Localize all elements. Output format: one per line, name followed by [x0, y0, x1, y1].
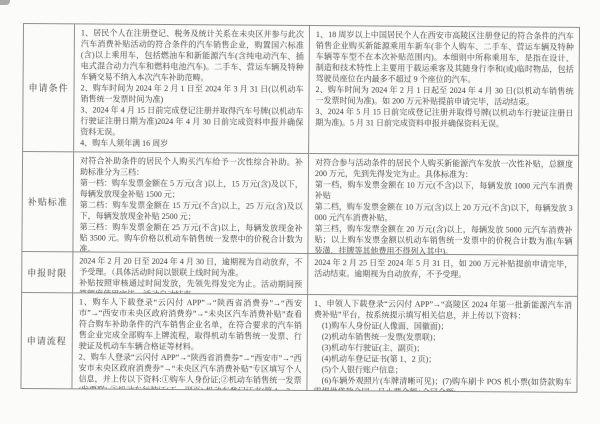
process-weiyang-cell: 1、购车人下载登录“云闪付 APP”→“陕西省消费券”→“西安市”→“西安市未央… [72, 293, 308, 391]
subsidy-policy-table: 申请条件 1、居民个人在注册登记、税务及统计关系在未央区并参与此次汽车消费补贴活… [20, 23, 580, 393]
deadline-weiyang-cell: 2024 年 2 月 20 日至 2024 年 4 月 30 日，逾期视为自动放… [73, 252, 308, 295]
standard-gaoling-cell: 对符合参与活动条件的居民个人购买新能源汽车发放一次性补贴，总额度 200 万元，… [308, 154, 579, 256]
deadline-gaoling-cell: 2024 年 2 月 25 日至 2024 年 5 月 31 日，如 200 万… [308, 254, 578, 297]
table-row-subsidy-standard: 补贴标准 对符合补助条件的居民个人购买汽车给予一次性综合补助。补助标准分为三档：… [22, 152, 579, 256]
row-label-application-process: 申请流程 [21, 293, 73, 389]
row-label-subsidy-standard: 补贴标准 [22, 152, 74, 252]
scan-artifact [0, 0, 10, 5]
process-gaoling-cell: 1、申领人下载登录“云闪付 APP”→“高陵区 2024 年第一批新能源汽车消费… [307, 295, 578, 393]
standard-weiyang-cell: 对符合补助条件的居民个人购买汽车给予一次性综合补助。补助标准分为三档： 第一档：… [73, 152, 309, 254]
table-row-application-process: 申请流程 1、购车人下载登录“云闪付 APP”→“陕西省消费券”→“西安市”→“… [21, 293, 578, 393]
table-row-declaration-deadline: 申报时限 2024 年 2 月 20 日至 2024 年 4 月 30 日，逾期… [22, 252, 578, 297]
conditions-gaoling-cell: 1、18 周岁以上中国居民个人在西安市高陵区注册登记的符合条件的汽车销售企业购买… [309, 26, 580, 156]
row-label-application-conditions: 申请条件 [23, 24, 75, 152]
row-label-declaration-deadline: 申报时限 [22, 252, 73, 293]
conditions-weiyang-cell: 1、居民个人在注册登记、税务及统计关系在未央区并参与此次汽车消费补贴活动的符合条… [74, 24, 310, 154]
table-row-application-conditions: 申请条件 1、居民个人在注册登记、税务及统计关系在未央区并参与此次汽车消费补贴活… [23, 24, 580, 156]
scanned-document-page: 申请条件 1、居民个人在注册登记、税务及统计关系在未央区并参与此次汽车消费补贴活… [0, 0, 600, 424]
